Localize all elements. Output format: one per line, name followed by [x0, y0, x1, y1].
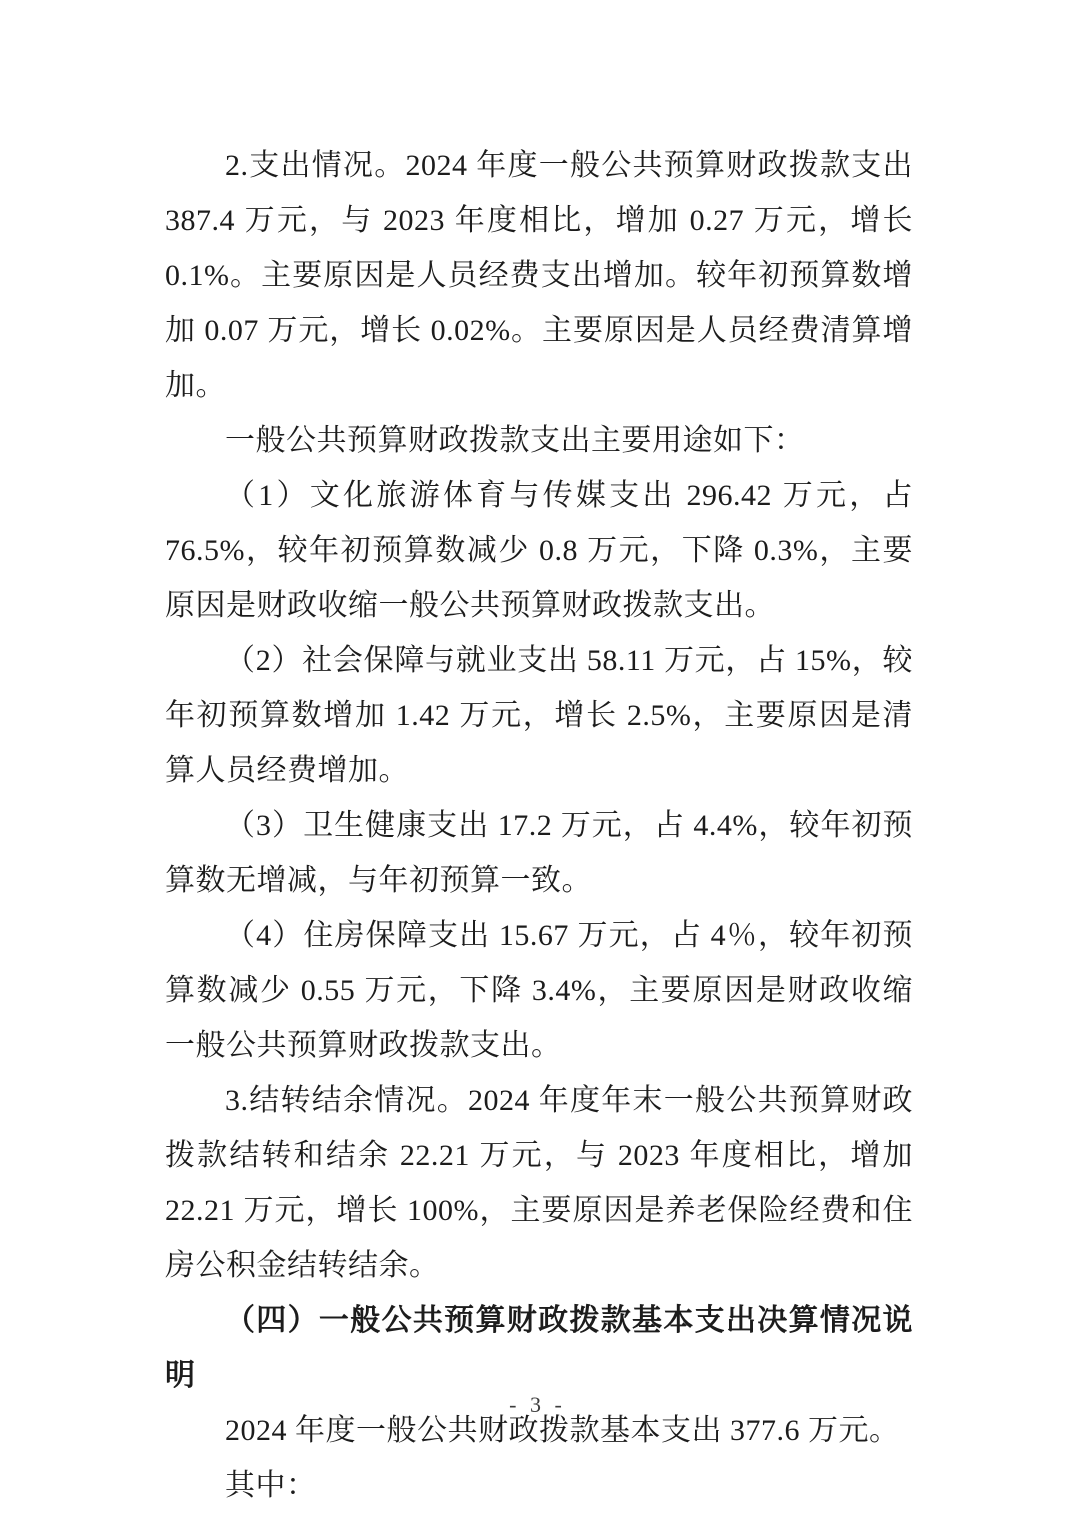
- paragraph-item-2-social-security: （2）社会保障与就业支出 58.11 万元，占 15%，较年初预算数增加 1.4…: [165, 633, 913, 798]
- paragraph-expenditure-overview: 2.支出情况。2024 年度一般公共预算财政拨款支出 387.4 万元，与 20…: [165, 138, 913, 413]
- document-page: 2.支出情况。2024 年度一般公共预算财政拨款支出 387.4 万元，与 20…: [0, 0, 1075, 1520]
- paragraph-item-3-health: （3）卫生健康支出 17.2 万元，占 4.4%，较年初预算数无增减，与年初预算…: [165, 798, 913, 908]
- paragraph-item-1-culture-tourism: （1）文化旅游体育与传媒支出 296.42 万元，占 76.5%，较年初预算数减…: [165, 468, 913, 633]
- page-number: - 3 -: [0, 1392, 1075, 1418]
- paragraph-usage-intro: 一般公共预算财政拨款支出主要用途如下：: [165, 413, 913, 468]
- paragraph-carryover-balance: 3.结转结余情况。2024 年度年末一般公共预算财政拨款结转和结余 22.21 …: [165, 1073, 913, 1293]
- section-heading-basic-expenditure: （四）一般公共预算财政拨款基本支出决算情况说明: [165, 1293, 913, 1403]
- paragraph-item-4-housing: （4）住房保障支出 15.67 万元，占 4％，较年初预算数减少 0.55 万元…: [165, 908, 913, 1073]
- paragraph-including: 其中：: [165, 1458, 913, 1513]
- document-body: 2.支出情况。2024 年度一般公共预算财政拨款支出 387.4 万元，与 20…: [165, 138, 913, 1513]
